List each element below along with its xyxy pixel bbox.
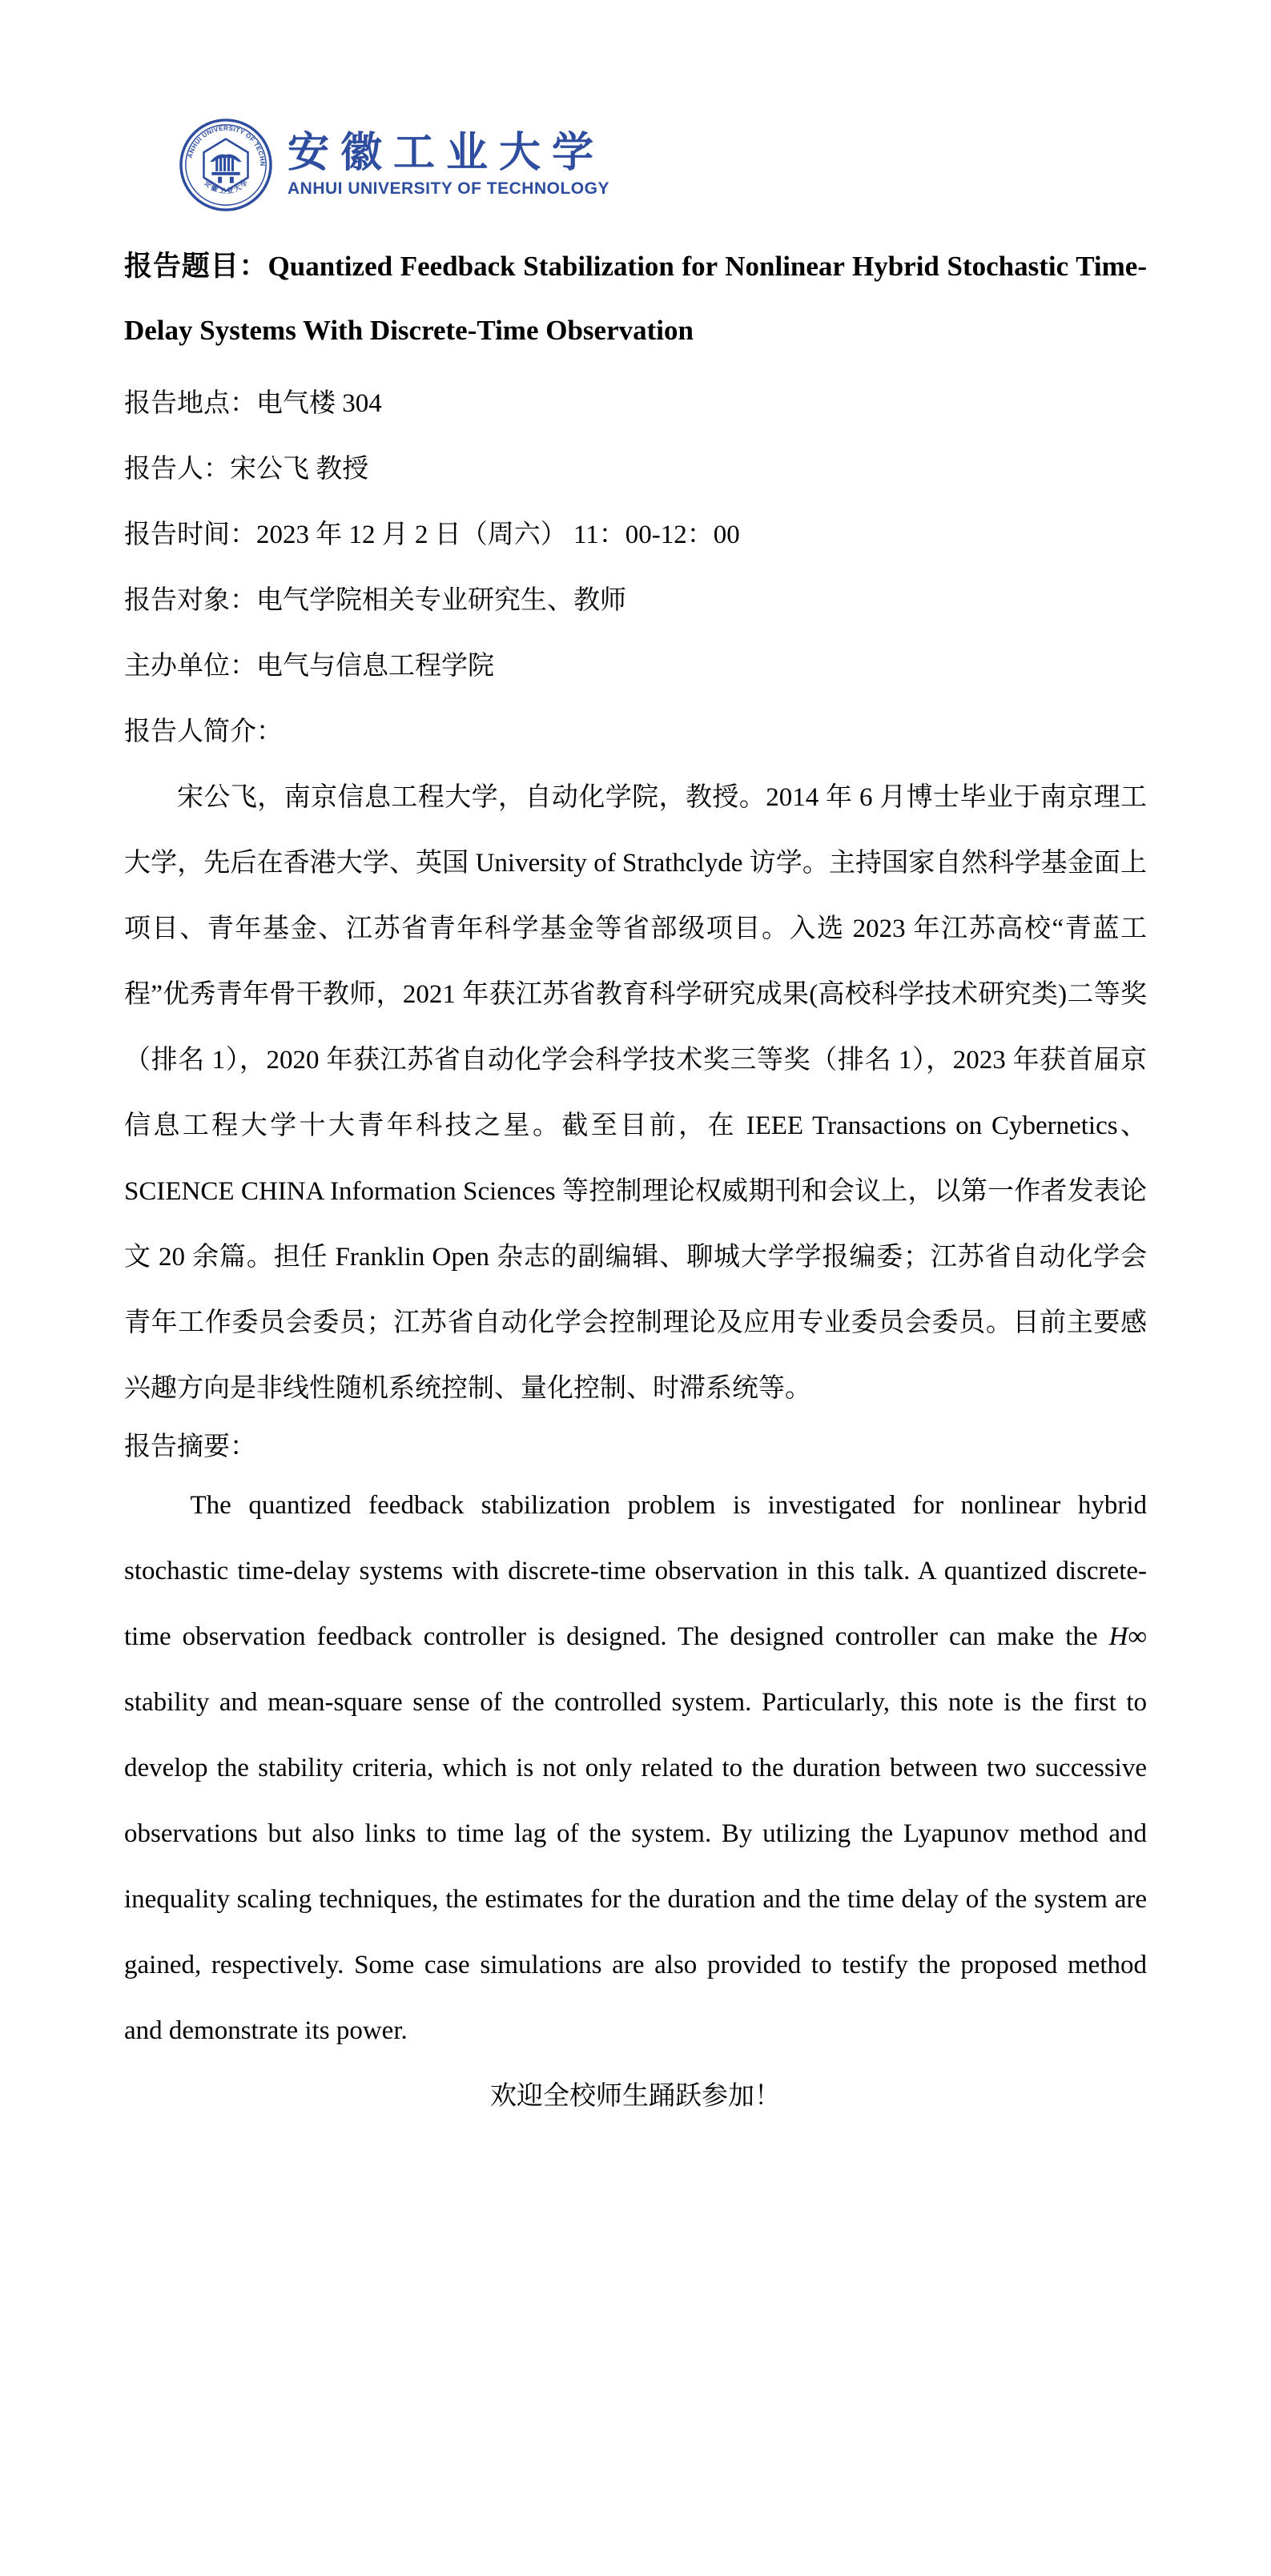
report-title-line: 报告题目：Quantized Feedback Stabilization fo… <box>124 235 1147 363</box>
report-title: Quantized Feedback Stabilization for Non… <box>124 251 1147 346</box>
field-speaker-label: 报告人： <box>124 455 230 484</box>
report-title-label: 报告题目： <box>124 251 268 282</box>
university-name-cn: 安徽工业大学 <box>288 130 609 178</box>
university-name-en: ANHUI UNIVERSITY OF TECHNOLOGY <box>288 178 609 199</box>
university-logo: ANHUI UNIVERSITY OF TECHNOLOGY 安徽工业大学 安徽… <box>179 116 1147 214</box>
university-seal-icon: ANHUI UNIVERSITY OF TECHNOLOGY 安徽工业大学 <box>179 118 273 212</box>
field-location: 报告地点：电气楼 304 <box>124 371 1147 436</box>
math-h-variable: H <box>1109 1622 1128 1651</box>
abstract-text-part1: The quantized feedback stabilization pro… <box>124 1491 1147 1651</box>
university-name-block: 安徽工业大学 ANHUI UNIVERSITY OF TECHNOLOGY <box>288 130 609 199</box>
seal-building-glyph <box>210 155 241 183</box>
field-location-label: 报告地点： <box>124 389 256 418</box>
welcome-note: 欢迎全校师生踊跃参加！ <box>124 2064 1147 2129</box>
abstract-heading: 报告摘要： <box>124 1421 1147 1473</box>
abstract-text-part2: stability and mean-square sense of the c… <box>124 1688 1147 2045</box>
seminar-announcement-page: ANHUI UNIVERSITY OF TECHNOLOGY 安徽工业大学 安徽… <box>0 0 1271 2576</box>
field-audience-value: 电气学院相关专业研究生、教师 <box>256 586 626 615</box>
report-info-fields: 报告地点：电气楼 304 报告人：宋公飞 教授 报告时间：2023 年 12 月… <box>124 371 1147 699</box>
field-audience: 报告对象：电气学院相关专业研究生、教师 <box>124 568 1147 633</box>
bio-paragraph: 宋公飞，南京信息工程大学，自动化学院，教授。2014 年 6 月博士毕业于南京理… <box>124 765 1147 1421</box>
math-infinity-symbol: ∞ <box>1128 1622 1147 1651</box>
abstract-paragraph: The quantized feedback stabilization pro… <box>124 1473 1147 2064</box>
bio-heading: 报告人简介： <box>124 699 1147 765</box>
field-speaker: 报告人：宋公飞 教授 <box>124 436 1147 502</box>
field-time-label: 报告时间： <box>124 520 256 549</box>
field-organizer: 主办单位：电气与信息工程学院 <box>124 633 1147 699</box>
field-time-value: 2023 年 12 月 2 日（周六） 11：00-12：00 <box>256 520 740 549</box>
field-audience-label: 报告对象： <box>124 586 256 615</box>
field-organizer-value: 电气与信息工程学院 <box>256 652 494 681</box>
field-organizer-label: 主办单位： <box>124 652 256 681</box>
field-time: 报告时间：2023 年 12 月 2 日（周六） 11：00-12：00 <box>124 502 1147 568</box>
field-location-value: 电气楼 304 <box>256 389 382 418</box>
field-speaker-value: 宋公飞 教授 <box>230 455 368 484</box>
